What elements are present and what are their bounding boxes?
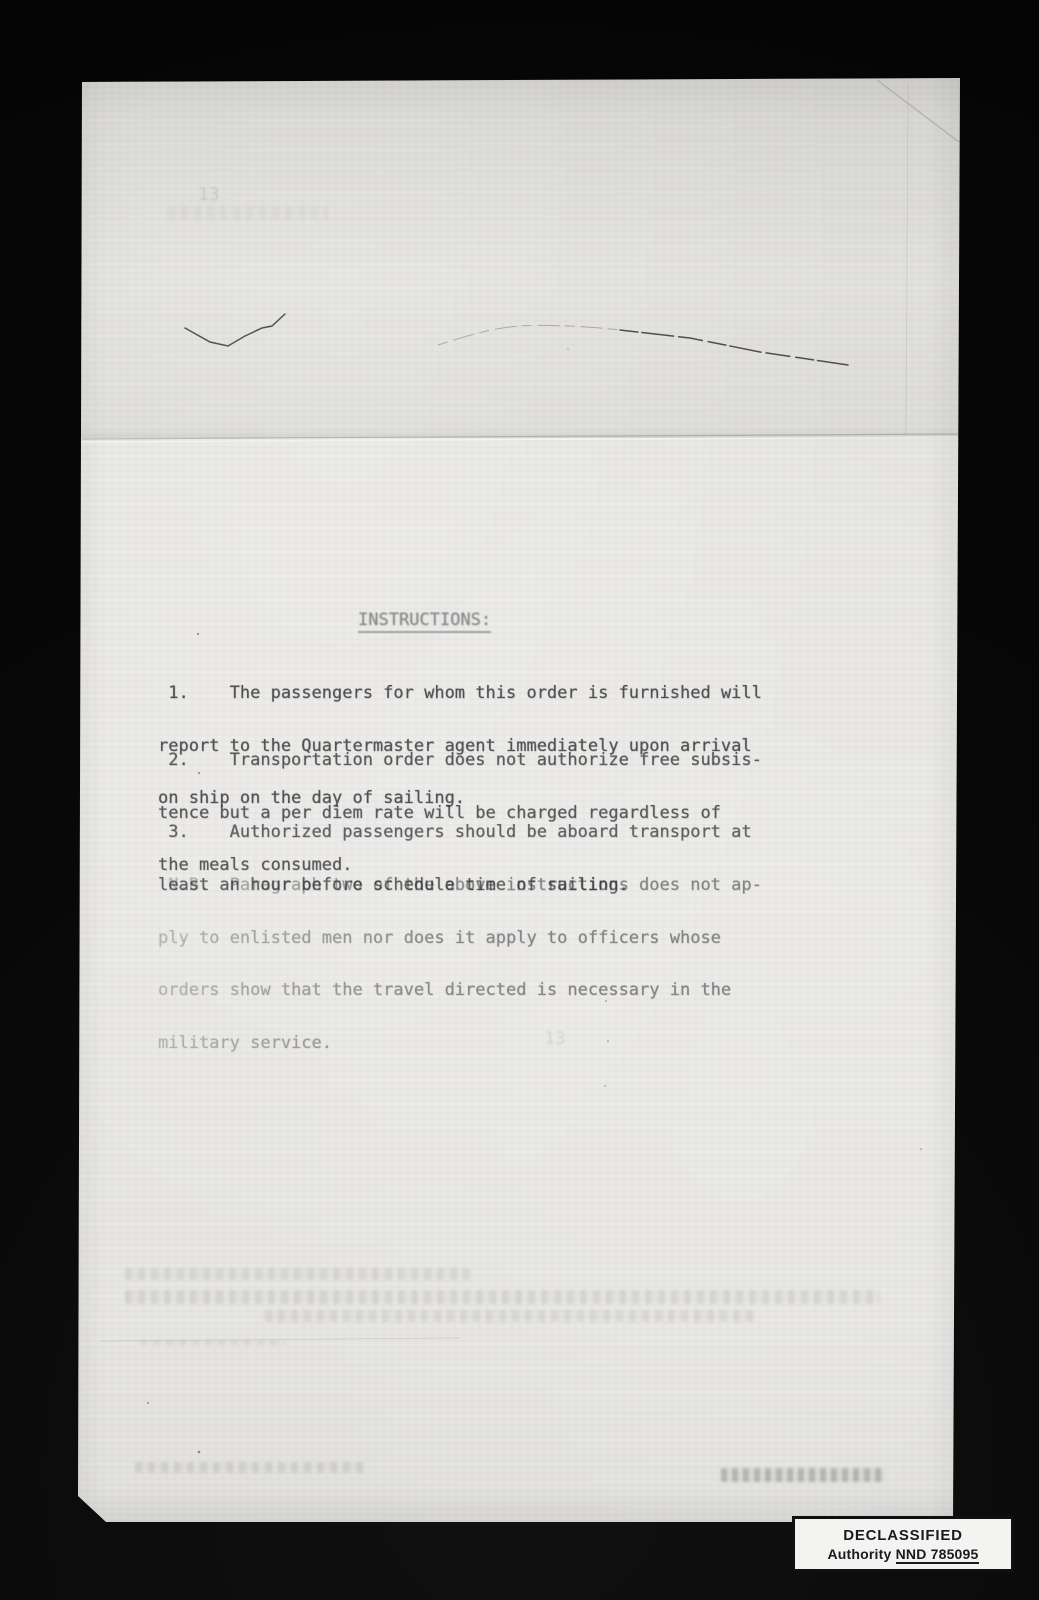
paragraph-4-nota-bene: N.B. Paragraph two of the above instruct… bbox=[158, 842, 762, 1087]
stamp-authority-label: Authority bbox=[827, 1546, 891, 1562]
document-title: INSTRUCTIONS: bbox=[358, 612, 491, 633]
stamp-authority-line: Authority NND 785095 bbox=[827, 1546, 978, 1562]
bleed-mark-top: 13 bbox=[198, 184, 220, 205]
bleed-through-smudge bbox=[140, 1340, 285, 1345]
typed-line: orders show that the travel directed is … bbox=[158, 982, 762, 1000]
typed-line: 2. Transportation order does not authori… bbox=[158, 752, 762, 770]
stamp-declassified-label: DECLASSIFIED bbox=[843, 1527, 963, 1544]
typed-line: military service. bbox=[158, 1035, 762, 1053]
declassified-stamp: DECLASSIFIED Authority NND 785095 bbox=[792, 1516, 1014, 1572]
typed-line: N.B. Paragraph two of the above instruct… bbox=[158, 877, 762, 895]
bleed-through-smudge bbox=[125, 1268, 470, 1280]
typed-line: 1. The passengers for whom this order is… bbox=[158, 685, 762, 703]
bleed-through-smudge bbox=[125, 1290, 880, 1304]
scanner-background: 13 13 INSTRUCTIONS: 1. The passengers fo… bbox=[0, 0, 1039, 1600]
bleed-through-smudge bbox=[265, 1310, 755, 1322]
bleed-through-smudge bbox=[168, 206, 328, 220]
paper-specks bbox=[78, 76, 80, 78]
paper-tone-overlay bbox=[78, 76, 962, 438]
typed-line: ply to enlisted men nor does it apply to… bbox=[158, 930, 762, 948]
typed-line: 3. Authorized passengers should be aboar… bbox=[158, 824, 752, 842]
bleed-through-smudge bbox=[135, 1462, 365, 1473]
bleed-through-smudge bbox=[721, 1468, 884, 1482]
document-page: 13 13 INSTRUCTIONS: 1. The passengers fo… bbox=[78, 76, 962, 1522]
stamp-authority-number: NND 785095 bbox=[896, 1546, 979, 1564]
